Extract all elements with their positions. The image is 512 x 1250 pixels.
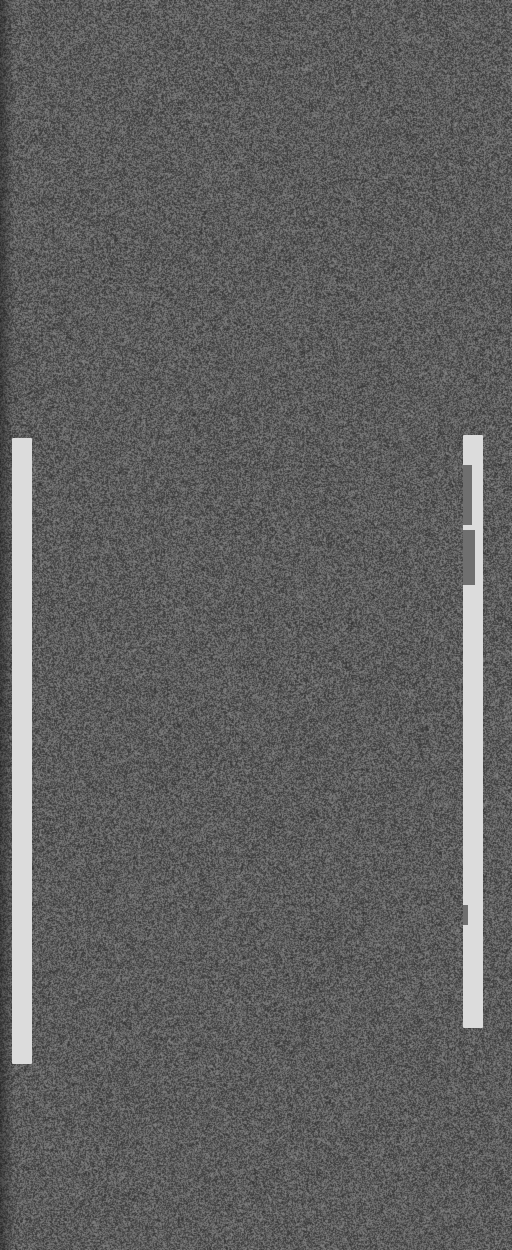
right-lane-marking [463, 435, 483, 1028]
marking-wear [463, 905, 468, 925]
left-lane-marking [12, 438, 32, 1064]
marking-wear [463, 465, 472, 525]
road-surface-photo [0, 0, 512, 1250]
marking-wear [463, 530, 475, 585]
asphalt-texture [0, 0, 512, 1250]
